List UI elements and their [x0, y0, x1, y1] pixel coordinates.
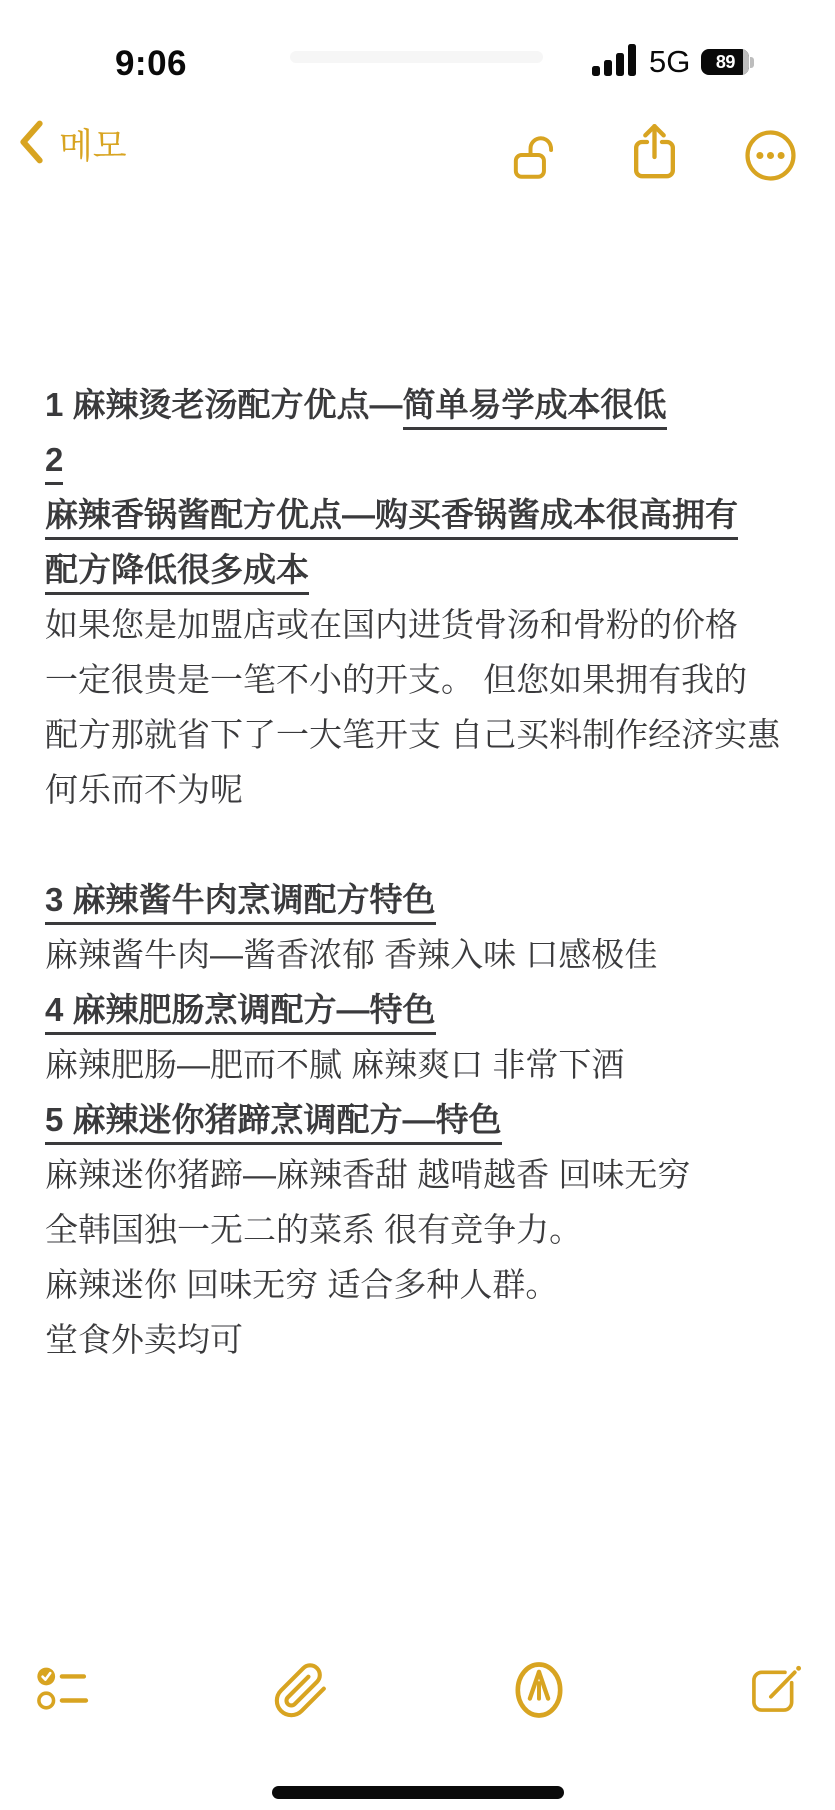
share-button[interactable] — [631, 122, 678, 187]
home-indicator[interactable] — [272, 1786, 564, 1799]
note-line: 3 麻辣酱牛肉烹调配方特色 — [45, 872, 800, 927]
battery-icon: 89 — [701, 49, 754, 75]
note-line: 堂食外卖均可 — [45, 1312, 800, 1367]
note-line: 麻辣香锅酱配方优点—购买香锅酱成本很高拥有 — [45, 487, 800, 542]
ellipsis-circle-icon — [744, 169, 797, 186]
markup-pen-icon — [513, 1708, 565, 1725]
note-line: 2 — [45, 432, 800, 487]
note-line: 全韩国独一无二的菜系 很有竞争力。 — [45, 1202, 800, 1257]
note-line: 4 麻辣肥肠烹调配方—特色 — [45, 982, 800, 1037]
note-line: 麻辣酱牛肉—酱香浓郁 香辣入味 口感极佳 — [45, 927, 800, 982]
note-content[interactable]: 1 麻辣烫老汤配方优点—简单易学成本很低2麻辣香锅酱配方优点—购买香锅酱成本很高… — [45, 377, 800, 1367]
note-line: 麻辣迷你猪蹄—麻辣香甜 越啃越香 回味无穷 — [45, 1147, 800, 1202]
attachment-button[interactable] — [272, 1662, 330, 1725]
back-label: 메모 — [59, 119, 127, 169]
chevron-left-icon — [18, 120, 44, 169]
note-line: 一定很贵是一笔不小的开支。 但您如果拥有我的 — [45, 652, 800, 707]
compose-icon — [746, 1705, 802, 1722]
checklist-button[interactable] — [36, 1666, 92, 1717]
note-line: 1 麻辣烫老汤配方优点—简单易学成本很低 — [45, 377, 800, 432]
note-line: 如果您是加盟店或在国内进货骨汤和骨粉的价格 — [45, 597, 800, 652]
dynamic-island — [290, 51, 543, 63]
note-line: 麻辣肥肠—肥而不腻 麻辣爽口 非常下酒 — [45, 1037, 800, 1092]
back-button[interactable]: 메모 — [18, 116, 127, 172]
network-label: 5G — [649, 44, 690, 80]
unlock-button[interactable] — [512, 128, 558, 187]
time-display: 9:06 — [88, 44, 214, 84]
markup-button[interactable] — [513, 1659, 565, 1726]
paperclip-icon — [272, 1707, 330, 1724]
compose-button[interactable] — [746, 1662, 802, 1723]
note-line: 配方降低很多成本 — [45, 542, 800, 597]
checklist-icon — [36, 1699, 92, 1716]
note-line: 何乐而不为呢 — [45, 762, 800, 817]
note-line: 5 麻辣迷你猪蹄烹调配方—特色 — [45, 1092, 800, 1147]
note-line — [45, 817, 800, 872]
battery-percent: 89 — [716, 52, 735, 73]
status-icons: 5G 89 — [592, 44, 754, 80]
more-button[interactable] — [744, 129, 797, 187]
note-line: 配方那就省下了一大笔开支 自己买料制作经济实惠 — [45, 707, 800, 762]
share-icon — [631, 169, 678, 186]
note-line: 麻辣迷你 回味无穷 适合多种人群。 — [45, 1257, 800, 1312]
unlock-icon — [512, 169, 558, 186]
signal-bars-icon — [592, 44, 638, 81]
